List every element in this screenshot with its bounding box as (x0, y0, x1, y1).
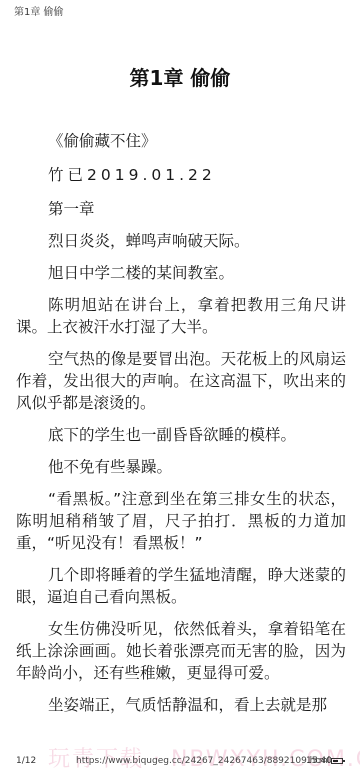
chapter-content: 《偷偷藏不住》 竹已2019.01.22 第一章 烈日炎炎，蝉鸣声响破天际。 旭… (16, 130, 346, 726)
paragraph: 底下的学生也一副昏昏欲睡的模样。 (16, 424, 346, 446)
paragraph: 旭日中学二楼的某间教室。 (16, 262, 346, 284)
battery-icon (331, 758, 343, 764)
paragraph: “看黑板。”注意到坐在第三排女生的状态，陈明旭稍稍皱了眉，尺子拍打．黑板的力道加… (16, 488, 346, 554)
paragraph: 他不免有些暴躁。 (16, 456, 346, 478)
reader-footer: 1/12 https://www.biqugeg.cc/24267_242674… (0, 754, 360, 770)
paragraph: 坐姿端正，气质恬静温和，看上去就是那 (16, 694, 346, 716)
paragraph: 第一章 (16, 198, 346, 220)
page-indicator: 1/12 (16, 756, 36, 766)
author-date: 竹已2019.01.22 (16, 164, 346, 186)
chapter-title: 第1章 偷偷 (0, 62, 360, 91)
paragraph: 几个即将睡着的学生猛地清醒，睁大迷蒙的眼，逼迫自己看向黑板。 (16, 564, 346, 608)
reader-header-chapter-title: 第1章 偷偷 (14, 3, 64, 18)
paragraph: 空气热的像是要冒出泡。天花板上的风扇运作着，发出很大的声响。在这高温下，吹出来的… (16, 348, 346, 414)
paragraph: 陈明旭站在讲台上，拿着把教用三角尺讲课。上衣被汗水打湿了大半。 (16, 294, 346, 338)
book-title: 《偷偷藏不住》 (16, 130, 346, 152)
source-url: https://www.biqugeg.cc/24267_24267463/88… (76, 756, 330, 766)
clock-time: 15:40 (306, 756, 332, 766)
paragraph: 烈日炎炎，蝉鸣声响破天际。 (16, 230, 346, 252)
paragraph: 女生仿佛没听见，依然低着头，拿着铅笔在纸上涂涂画画。她长着张漂亮而无害的脸，因为… (16, 618, 346, 684)
